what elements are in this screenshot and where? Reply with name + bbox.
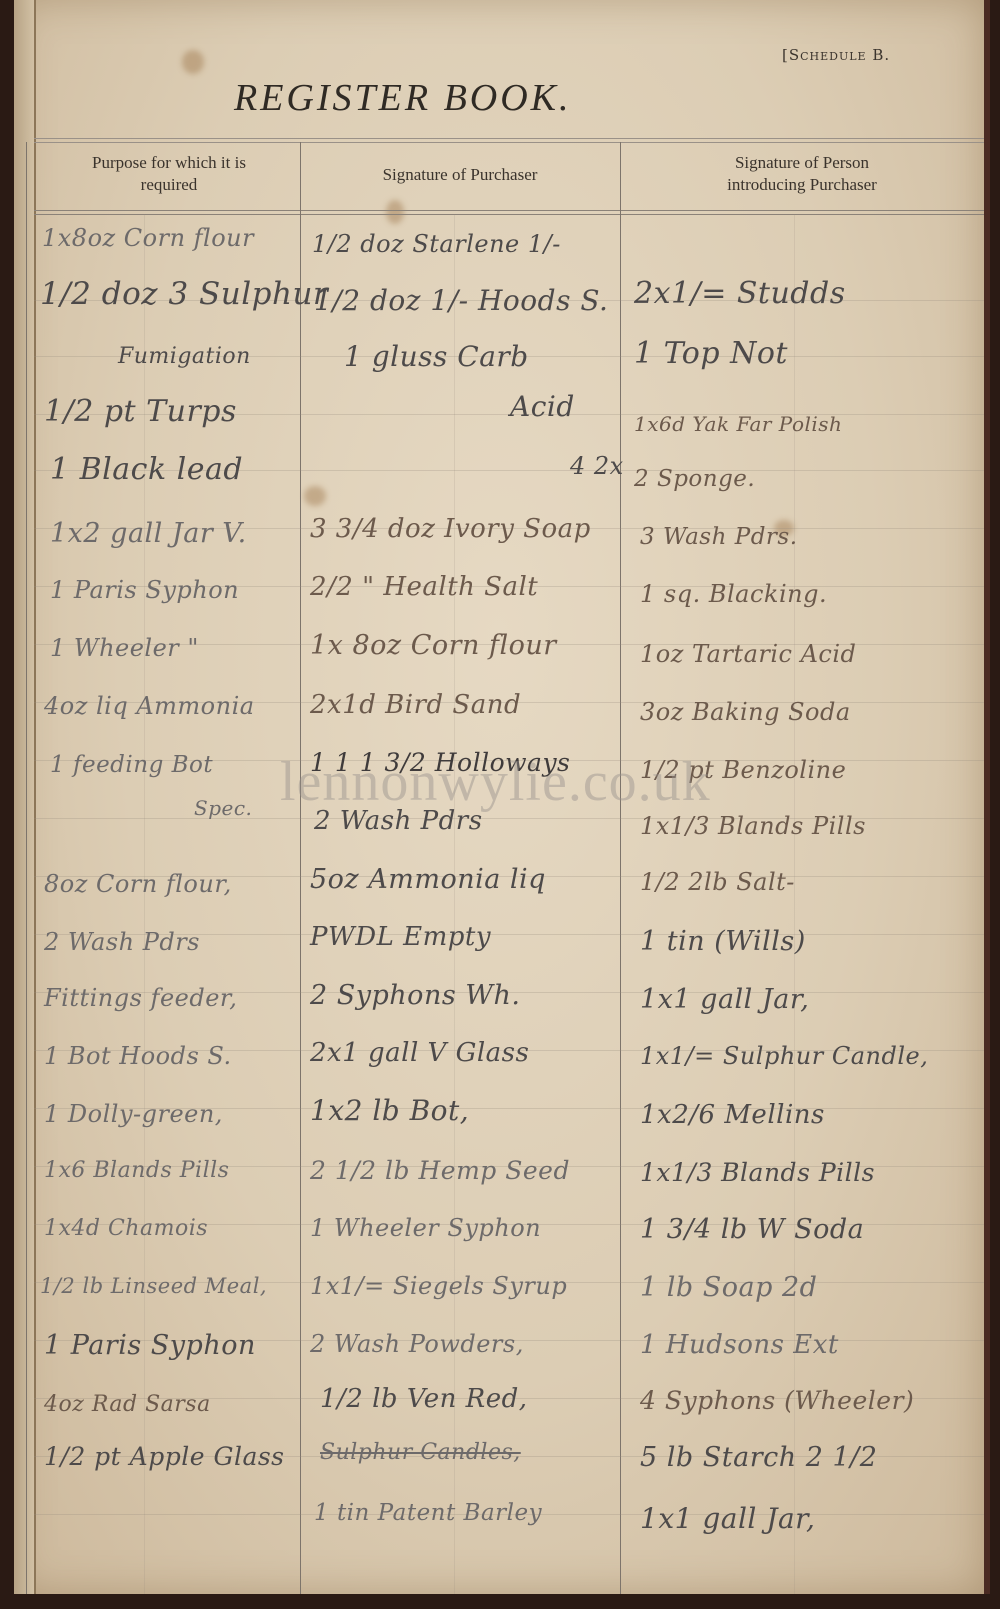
- stain: [304, 486, 326, 506]
- header-line: required: [40, 174, 298, 196]
- header-top-rule: [34, 138, 984, 143]
- header-line: Signature of Person: [624, 152, 980, 174]
- introducer-entry: 3 Wash Pdrs.: [640, 524, 798, 550]
- purchaser-entry: 1x2 lb Bot,: [310, 1094, 469, 1127]
- purchaser-entry-struck: Sulphur Candles,: [320, 1440, 521, 1465]
- column-header-purchaser: Signature of Purchaser: [304, 164, 616, 186]
- header-line: introducing Purchaser: [624, 174, 980, 196]
- column-header-introducer: Signature of Person introducing Purchase…: [624, 152, 980, 196]
- introducer-entry: 1 Hudsons Ext: [640, 1330, 839, 1360]
- column-header-purpose: Purpose for which it is required: [40, 152, 298, 196]
- purpose-entry: 1/2 lb Linseed Meal,: [40, 1274, 267, 1298]
- purchaser-entry: 3 3/4 doz Ivory Soap: [310, 514, 591, 544]
- column-divider: [26, 142, 27, 1594]
- header-line: Purpose for which it is: [40, 152, 298, 174]
- introducer-entry: 5 lb Starch 2 1/2: [640, 1442, 877, 1473]
- introducer-entry: 1x1/3 Blands Pills: [640, 1158, 875, 1187]
- introducer-entry: 3oz Baking Soda: [640, 698, 851, 726]
- column-divider: [300, 142, 301, 1594]
- purpose-entry: 1 Dolly-green,: [44, 1100, 223, 1128]
- purpose-entry: 1x6 Blands Pills: [44, 1158, 229, 1183]
- purpose-entry: 1/2 doz 3 Sulphur: [40, 276, 328, 312]
- purpose-entry: 1 Wheeler ": [50, 634, 199, 662]
- purchaser-entry: 2/2 " Health Salt: [310, 572, 538, 602]
- watermark: lennonwylie.co.uk: [280, 750, 711, 814]
- purpose-entry: Fittings feeder,: [44, 984, 237, 1012]
- purchaser-entry: 5oz Ammonia liq: [310, 864, 546, 895]
- page-fold: [14, 0, 36, 1594]
- purchaser-entry: 4 2x: [570, 452, 624, 480]
- header-bottom-rule: [34, 210, 984, 215]
- purpose-entry: 1 Bot Hoods S.: [44, 1042, 232, 1070]
- column-divider: [620, 142, 621, 1594]
- purpose-entry: 1/2 pt Apple Glass: [44, 1442, 285, 1471]
- purchaser-entry: 1x1/= Siegels Syrup: [310, 1272, 567, 1300]
- purpose-entry: 1x4d Chamois: [44, 1216, 208, 1241]
- purchaser-entry: 1 Wheeler Syphon: [310, 1214, 541, 1242]
- purchaser-entry: 2x1d Bird Sand: [310, 690, 521, 720]
- purpose-entry: 4oz Rad Sarsa: [44, 1392, 211, 1417]
- purpose-entry: 1 Black lead: [50, 452, 243, 487]
- register-page: [Schedule B. REGISTER BOOK. Purpose for …: [14, 0, 990, 1594]
- introducer-entry: 1 tin (Wills): [640, 926, 806, 957]
- purpose-entry: 1 Paris Syphon: [44, 1330, 256, 1361]
- purpose-entry: 1 Paris Syphon: [50, 576, 239, 604]
- purchaser-entry: 2x1 gall V Glass: [310, 1038, 529, 1068]
- purchaser-entry: 2 1/2 lb Hemp Seed: [310, 1156, 570, 1185]
- introducer-entry: 1/2 2lb Salt-: [640, 868, 795, 896]
- purchaser-entry: 1 gluss Carb: [344, 340, 529, 373]
- introducer-entry: 1x6d Yak Far Polish: [634, 412, 842, 436]
- introducer-entry: 2 Sponge.: [634, 466, 755, 492]
- purchaser-entry: 1 tin Patent Barley: [314, 1500, 542, 1526]
- header-line: Signature of Purchaser: [304, 164, 616, 186]
- purchaser-entry: Acid: [510, 390, 575, 423]
- introducer-entry: 1x2/6 Mellins: [640, 1100, 825, 1130]
- page-title: REGISTER BOOK.: [234, 76, 572, 120]
- introducer-entry: 1 Top Not: [634, 336, 788, 371]
- purpose-entry: 2 Wash Pdrs: [44, 928, 200, 956]
- introducer-entry: 1oz Tartaric Acid: [640, 640, 856, 668]
- purchaser-entry: 1/2 doz 1/- Hoods S.: [314, 284, 608, 317]
- introducer-entry: 2x1/= Studds: [634, 276, 846, 311]
- schedule-label: [Schedule B.: [782, 46, 890, 64]
- introducer-entry: 1x1/3 Blands Pills: [640, 812, 866, 840]
- purpose-entry: Fumigation: [118, 344, 251, 369]
- purpose-entry: 1x2 gall Jar V.: [50, 518, 247, 549]
- purpose-entry: 1x8oz Corn flour: [42, 224, 254, 252]
- purpose-entry: 1/2 pt Turps: [44, 394, 237, 429]
- introducer-entry: 1x1 gall Jar,: [640, 1502, 815, 1535]
- introducer-entry: 4 Syphons (Wheeler): [640, 1386, 914, 1415]
- introducer-entry: 1 sq. Blacking.: [640, 580, 827, 608]
- introducer-entry: 1 lb Soap 2d: [640, 1272, 817, 1303]
- introducer-entry: 1x1/= Sulphur Candle,: [640, 1042, 928, 1070]
- purchaser-entry: 1/2 lb Ven Red,: [320, 1384, 528, 1414]
- purchaser-entry: 2 Wash Powders,: [310, 1330, 524, 1358]
- purchaser-entry: PWDL Empty: [310, 922, 491, 952]
- purchaser-entry: 1/2 doz Starlene 1/-: [312, 230, 561, 258]
- purchaser-entry: 1x 8oz Corn flour: [310, 630, 557, 661]
- purpose-entry: 4oz liq Ammonia: [44, 692, 255, 720]
- purchaser-entry: 2 Syphons Wh.: [310, 980, 521, 1011]
- purpose-entry: 8oz Corn flour,: [44, 870, 232, 898]
- introducer-entry: 1 3/4 lb W Soda: [640, 1214, 864, 1245]
- stain: [182, 50, 204, 74]
- purpose-entry: Spec.: [194, 796, 252, 820]
- purpose-entry: 1 feeding Bot: [50, 752, 213, 778]
- introducer-entry: 1x1 gall Jar,: [640, 984, 809, 1015]
